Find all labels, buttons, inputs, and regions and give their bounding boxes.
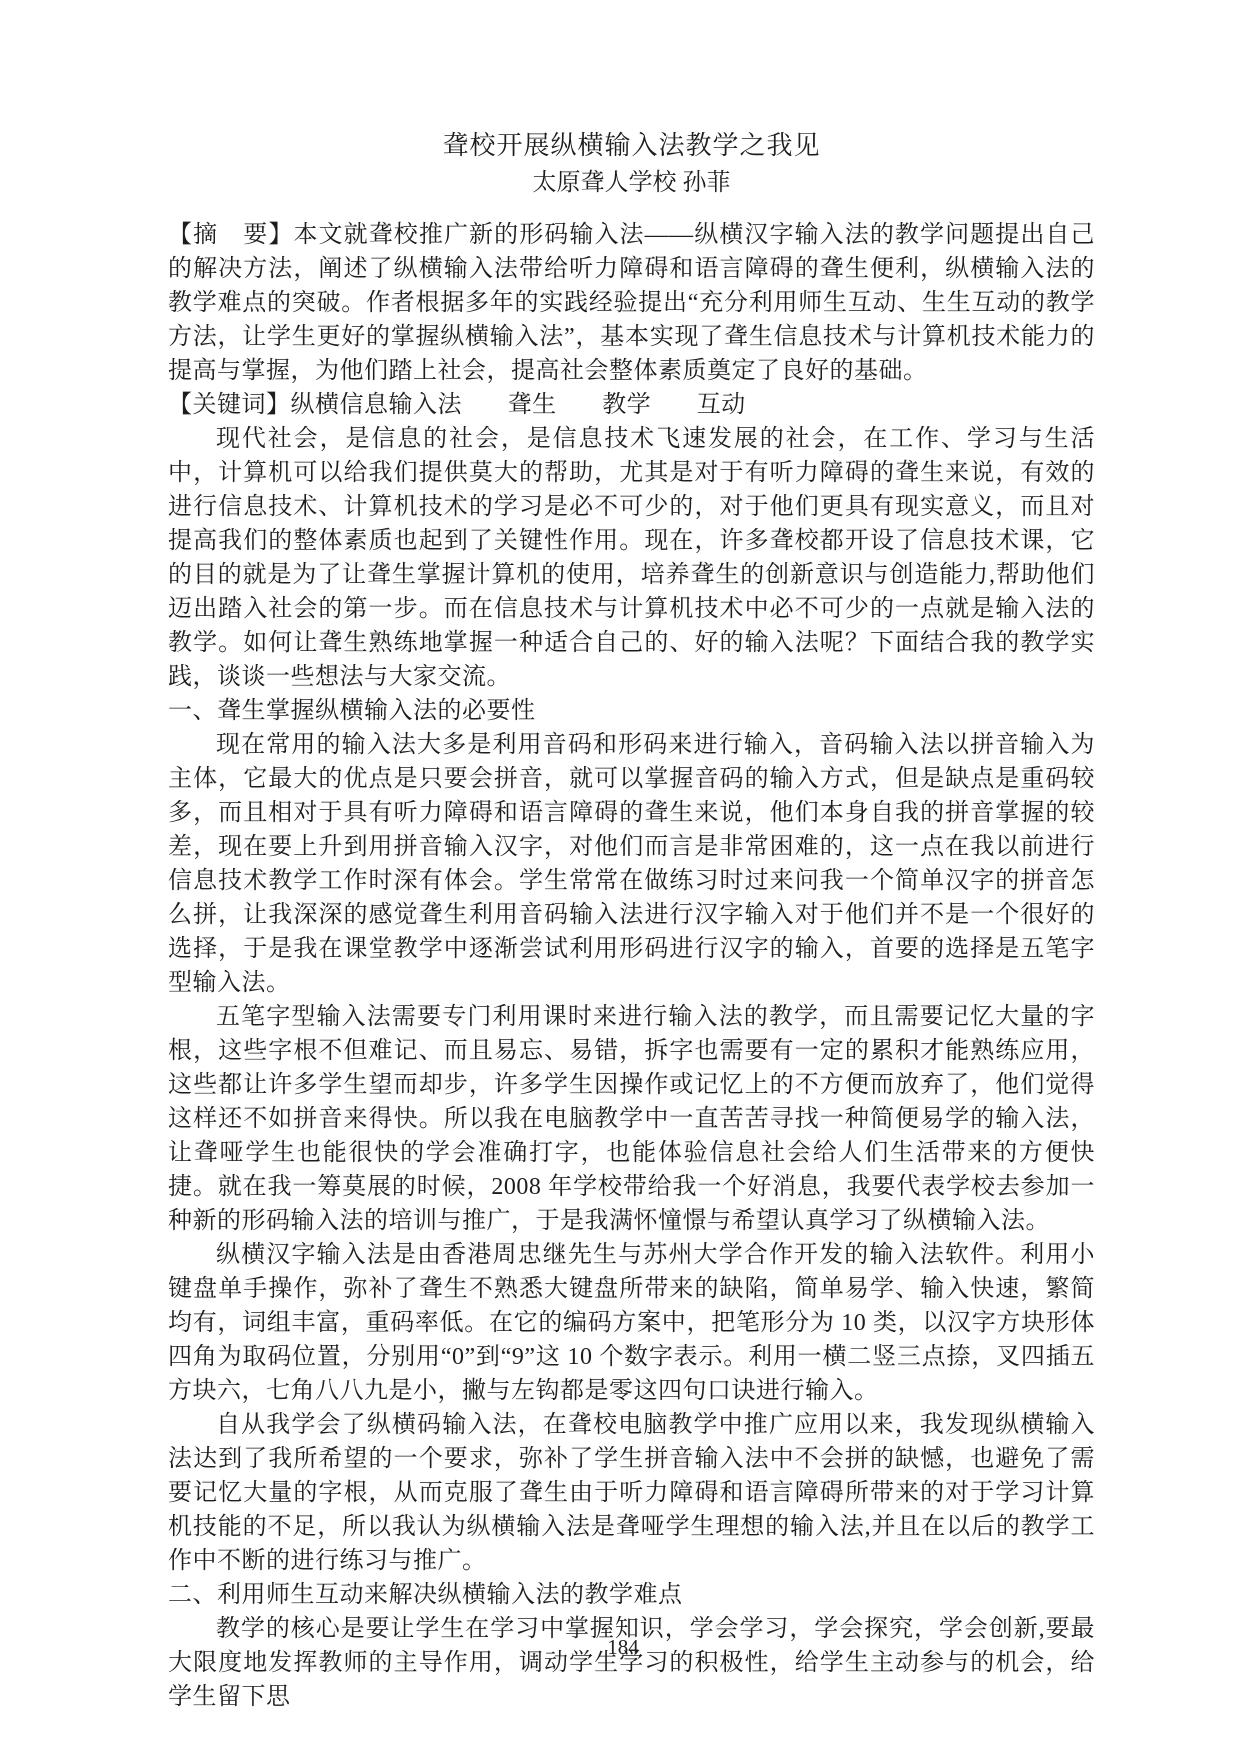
paragraph-necessity-1: 现在常用的输入法大多是利用音码和形码来进行输入，音码输入法以拼音输入为主体，它最… xyxy=(168,728,1095,1000)
keywords-label: 【关键词】 xyxy=(168,392,291,418)
keyword-term: 纵横信息输入法 xyxy=(291,388,463,422)
paragraph-intro: 现代社会，是信息的社会，是信息技术飞速发展的社会，在工作、学习与生活中，计算机可… xyxy=(168,422,1095,694)
section-heading-2: 二、利用师生互动来解决纵横输入法的教学难点 xyxy=(168,1578,1095,1612)
abstract-paragraph: 【摘 要】本文就聋校推广新的形码输入法——纵横汉字输入法的教学问题提出自己的解决… xyxy=(168,218,1095,388)
abstract-text: 本文就聋校推广新的形码输入法——纵横汉字输入法的教学问题提出自己的解决方法，阐述… xyxy=(168,222,1095,384)
article-body: 【摘 要】本文就聋校推广新的形码输入法——纵横汉字输入法的教学问题提出自己的解决… xyxy=(168,218,1095,1714)
author-byline: 太原聋人学校 孙菲 xyxy=(168,166,1095,200)
keywords-line: 【关键词】纵横信息输入法聋生教学互动 xyxy=(168,388,1095,422)
page-number: 184 xyxy=(0,1630,1246,1664)
section-heading-1: 一、聋生掌握纵横输入法的必要性 xyxy=(168,694,1095,728)
paragraph-zongheng-intro: 纵横汉字输入法是由香港周忠继先生与苏州大学合作开发的输入法软件。利用小键盘单手操… xyxy=(168,1238,1095,1408)
keyword-term: 互动 xyxy=(697,388,746,422)
keyword-term: 聋生 xyxy=(508,388,557,422)
document-page: 聋校开展纵横输入法教学之我见 太原聋人学校 孙菲 【摘 要】本文就聋校推广新的形… xyxy=(0,0,1246,1763)
paragraph-zongheng-results: 自从我学会了纵横码输入法，在聋校电脑教学中推广应用以来，我发现纵横输入法达到了我… xyxy=(168,1408,1095,1578)
keyword-term: 教学 xyxy=(602,388,651,422)
page-title: 聋校开展纵横输入法教学之我见 xyxy=(168,130,1095,162)
paragraph-wubi: 五笔字型输入法需要专门利用课时来进行输入法的教学，而且需要记忆大量的字根，这些字… xyxy=(168,1000,1095,1238)
abstract-label: 【摘 要】 xyxy=(168,222,293,248)
